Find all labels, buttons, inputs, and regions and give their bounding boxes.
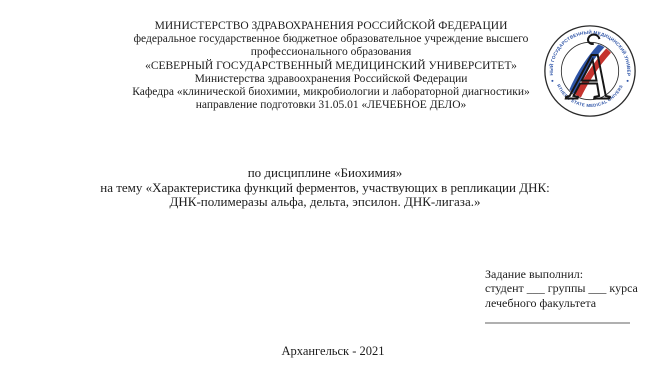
topic-line-2: ДНК-полимеразы альфа, дельта, эпсилон. Д…	[5, 195, 645, 210]
student-group-course-line: студент ___ группы ___ курса	[485, 281, 660, 295]
completed-by-block: Задание выполнил: студент ___ группы ___…	[485, 267, 660, 310]
seal-left-dot	[551, 80, 553, 82]
topic-line-1: на тему «Характеристика функций ферменто…	[5, 181, 645, 196]
completed-by-label: Задание выполнил:	[485, 267, 660, 281]
faculty-line: лечебного факультета	[485, 296, 660, 310]
city-year-line: Архангельск - 2021	[13, 344, 653, 359]
work-title: по дисциплине «Биохимия» на тему «Характ…	[5, 166, 645, 210]
signature-line	[485, 322, 630, 324]
seal-center-letter: А	[565, 40, 610, 113]
university-seal: СЕВЕРНЫЙ ГОСУДАРСТВЕННЫЙ МЕДИЦИНСКИЙ УНИ…	[543, 24, 637, 118]
document-page: МИНИСТЕРСТВО ЗДРАВОХРАНЕНИЯ РОССИЙСКОЙ Ф…	[0, 0, 666, 375]
seal-right-dot	[627, 80, 629, 82]
discipline-line: по дисциплине «Биохимия»	[5, 166, 645, 181]
university-seal-graphic: СЕВЕРНЫЙ ГОСУДАРСТВЕННЫЙ МЕДИЦИНСКИЙ УНИ…	[543, 24, 637, 118]
